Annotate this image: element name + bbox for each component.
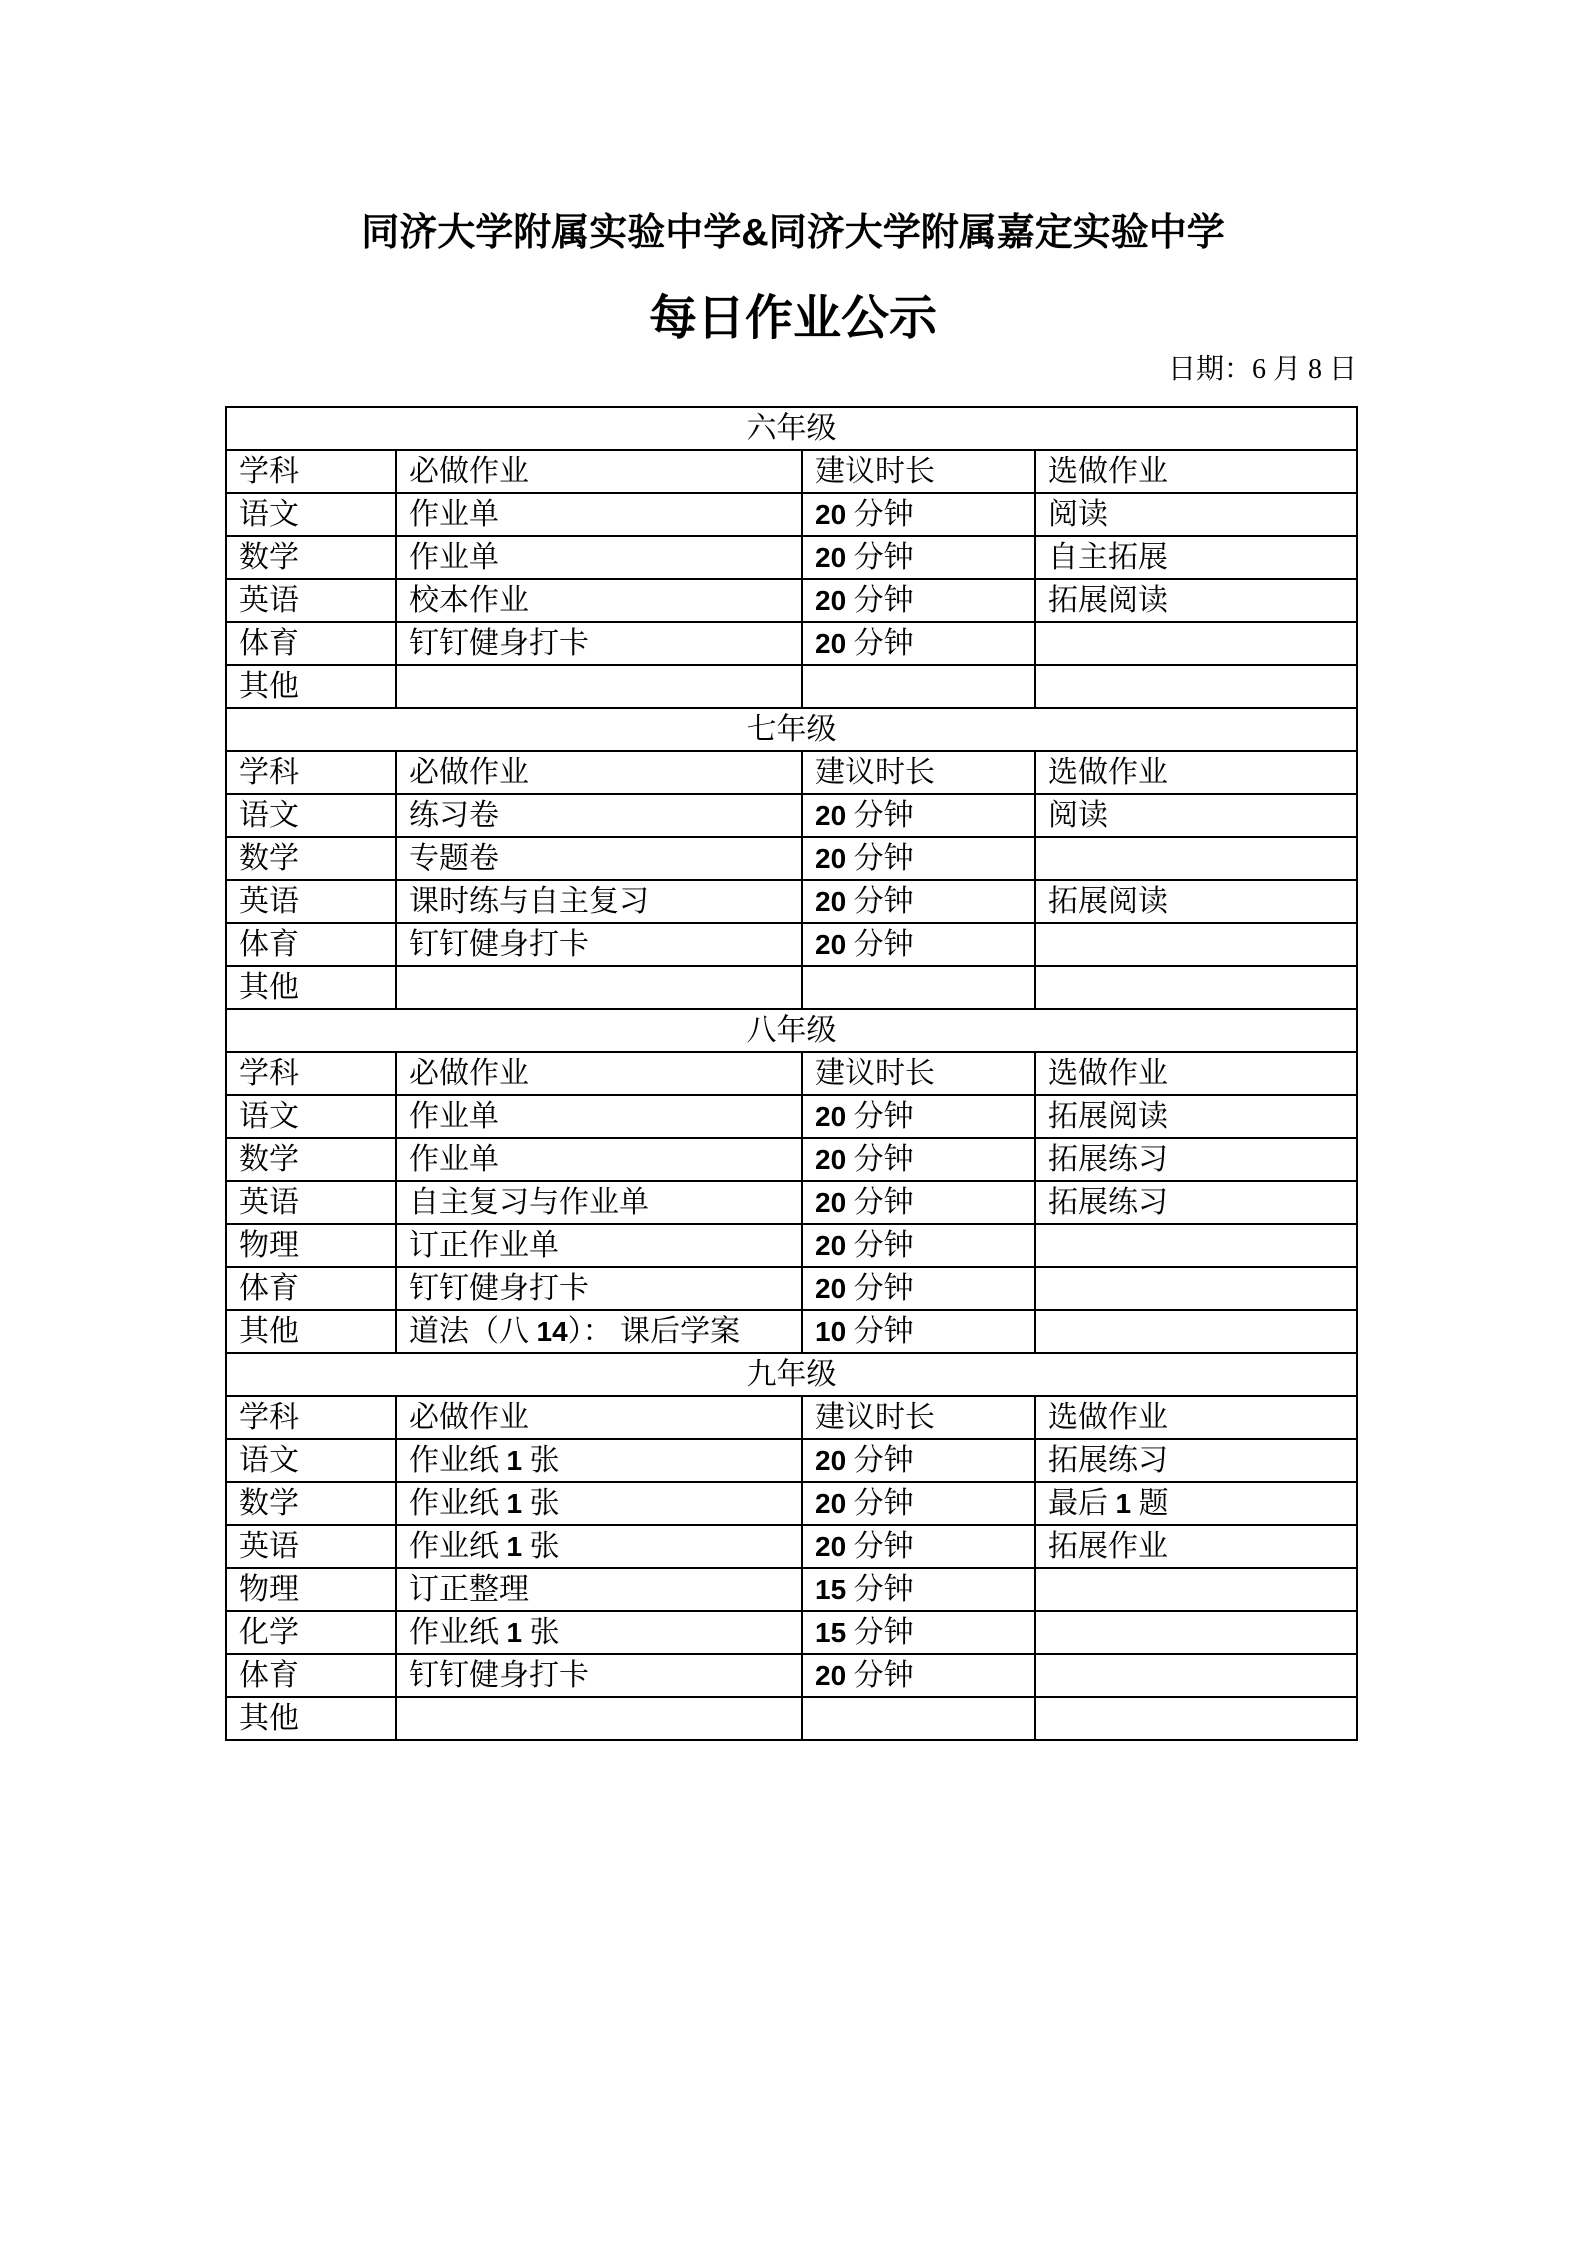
column-header: 建议时长 bbox=[802, 1052, 1035, 1095]
homework-row: 语文作业单20 分钟拓展阅读 bbox=[226, 1095, 1357, 1138]
subject-cell: 语文 bbox=[226, 493, 396, 536]
numeric-text: 15 bbox=[815, 1617, 846, 1648]
column-header: 选做作业 bbox=[1035, 450, 1357, 493]
numeric-text: 20 bbox=[815, 1531, 846, 1562]
optional-cell: 拓展阅读 bbox=[1035, 579, 1357, 622]
duration-cell: 20 分钟 bbox=[802, 1654, 1035, 1697]
numeric-text: 20 bbox=[815, 1187, 846, 1218]
numeric-text: 20 bbox=[815, 542, 846, 573]
duration-cell: 20 分钟 bbox=[802, 1482, 1035, 1525]
numeric-text: 20 bbox=[815, 1660, 846, 1691]
optional-cell bbox=[1035, 1654, 1357, 1697]
duration-cell: 20 分钟 bbox=[802, 536, 1035, 579]
subject-cell: 其他 bbox=[226, 1310, 396, 1353]
numeric-text: 20 bbox=[815, 499, 846, 530]
optional-cell: 拓展阅读 bbox=[1035, 880, 1357, 923]
duration-cell: 10 分钟 bbox=[802, 1310, 1035, 1353]
optional-cell bbox=[1035, 923, 1357, 966]
homework-row: 体育钉钉健身打卡20 分钟 bbox=[226, 1654, 1357, 1697]
subject-cell: 物理 bbox=[226, 1224, 396, 1267]
grade-banner: 九年级 bbox=[226, 1353, 1357, 1396]
duration-cell: 20 分钟 bbox=[802, 579, 1035, 622]
duration-cell: 20 分钟 bbox=[802, 622, 1035, 665]
required-cell: 专题卷 bbox=[396, 837, 802, 880]
numeric-text: 10 bbox=[815, 1316, 846, 1347]
numeric-text: 20 bbox=[815, 1144, 846, 1175]
document-subtitle: 每日作业公示 bbox=[0, 289, 1586, 349]
homework-row: 英语作业纸 1 张20 分钟拓展作业 bbox=[226, 1525, 1357, 1568]
column-header: 必做作业 bbox=[396, 751, 802, 794]
subject-cell: 英语 bbox=[226, 579, 396, 622]
numeric-text: 20 bbox=[815, 585, 846, 616]
required-cell: 作业纸 1 张 bbox=[396, 1482, 802, 1525]
column-header-row: 学科必做作业建议时长选做作业 bbox=[226, 1396, 1357, 1439]
column-header: 必做作业 bbox=[396, 1052, 802, 1095]
homework-row: 化学作业纸 1 张15 分钟 bbox=[226, 1611, 1357, 1654]
column-header: 选做作业 bbox=[1035, 751, 1357, 794]
homework-row: 体育钉钉健身打卡20 分钟 bbox=[226, 1267, 1357, 1310]
homework-table-body: 六年级学科必做作业建议时长选做作业语文作业单20 分钟阅读数学作业单20 分钟自… bbox=[226, 407, 1357, 1740]
duration-cell: 20 分钟 bbox=[802, 1525, 1035, 1568]
document-page: 同济大学附属实验中学&同济大学附属嘉定实验中学 每日作业公示 日期：6 月 8 … bbox=[0, 0, 1586, 2245]
duration-cell: 20 分钟 bbox=[802, 1095, 1035, 1138]
numeric-text: 1 bbox=[507, 1531, 523, 1562]
homework-row: 数学作业纸 1 张20 分钟最后 1 题 bbox=[226, 1482, 1357, 1525]
optional-cell bbox=[1035, 837, 1357, 880]
subject-cell: 其他 bbox=[226, 966, 396, 1009]
numeric-text: 20 bbox=[815, 1488, 846, 1519]
duration-cell: 20 分钟 bbox=[802, 923, 1035, 966]
required-cell: 道法（八 14）： 课后学案 bbox=[396, 1310, 802, 1353]
grade-banner: 六年级 bbox=[226, 407, 1357, 450]
duration-cell: 20 分钟 bbox=[802, 837, 1035, 880]
numeric-text: 1 bbox=[507, 1445, 523, 1476]
homework-table: 六年级学科必做作业建议时长选做作业语文作业单20 分钟阅读数学作业单20 分钟自… bbox=[225, 406, 1358, 1741]
required-cell bbox=[396, 665, 802, 708]
optional-cell: 拓展练习 bbox=[1035, 1439, 1357, 1482]
required-cell: 作业单 bbox=[396, 1138, 802, 1181]
subject-cell: 体育 bbox=[226, 923, 396, 966]
required-cell: 钉钉健身打卡 bbox=[396, 1654, 802, 1697]
subject-cell: 英语 bbox=[226, 880, 396, 923]
optional-cell bbox=[1035, 622, 1357, 665]
required-cell: 钉钉健身打卡 bbox=[396, 1267, 802, 1310]
optional-cell bbox=[1035, 1568, 1357, 1611]
required-cell: 作业单 bbox=[396, 1095, 802, 1138]
grade-banner-row: 九年级 bbox=[226, 1353, 1357, 1396]
homework-row: 语文作业纸 1 张20 分钟拓展练习 bbox=[226, 1439, 1357, 1482]
homework-row: 体育钉钉健身打卡20 分钟 bbox=[226, 622, 1357, 665]
duration-cell bbox=[802, 966, 1035, 1009]
subject-cell: 语文 bbox=[226, 1439, 396, 1482]
numeric-text: 20 bbox=[815, 628, 846, 659]
required-cell: 练习卷 bbox=[396, 794, 802, 837]
required-cell: 课时练与自主复习 bbox=[396, 880, 802, 923]
required-cell bbox=[396, 1697, 802, 1740]
grade-banner-row: 七年级 bbox=[226, 708, 1357, 751]
grade-banner-row: 六年级 bbox=[226, 407, 1357, 450]
subject-cell: 体育 bbox=[226, 1267, 396, 1310]
optional-cell: 阅读 bbox=[1035, 794, 1357, 837]
homework-row: 数学作业单20 分钟自主拓展 bbox=[226, 536, 1357, 579]
subject-cell: 体育 bbox=[226, 622, 396, 665]
required-cell: 校本作业 bbox=[396, 579, 802, 622]
required-cell: 作业纸 1 张 bbox=[396, 1525, 802, 1568]
numeric-text: 1 bbox=[507, 1488, 523, 1519]
numeric-text: 14 bbox=[537, 1316, 568, 1347]
numeric-text: 20 bbox=[815, 1445, 846, 1476]
optional-cell: 自主拓展 bbox=[1035, 536, 1357, 579]
subject-cell: 数学 bbox=[226, 536, 396, 579]
column-header: 选做作业 bbox=[1035, 1396, 1357, 1439]
subject-cell: 其他 bbox=[226, 665, 396, 708]
required-cell: 作业纸 1 张 bbox=[396, 1611, 802, 1654]
column-header-row: 学科必做作业建议时长选做作业 bbox=[226, 450, 1357, 493]
duration-cell: 20 分钟 bbox=[802, 493, 1035, 536]
duration-cell bbox=[802, 1697, 1035, 1740]
optional-cell: 拓展阅读 bbox=[1035, 1095, 1357, 1138]
homework-row: 语文练习卷20 分钟阅读 bbox=[226, 794, 1357, 837]
column-header: 建议时长 bbox=[802, 1396, 1035, 1439]
subject-cell: 语文 bbox=[226, 794, 396, 837]
numeric-text: 20 bbox=[815, 1273, 846, 1304]
optional-cell bbox=[1035, 1697, 1357, 1740]
homework-row: 其他 bbox=[226, 665, 1357, 708]
optional-cell: 阅读 bbox=[1035, 493, 1357, 536]
optional-cell bbox=[1035, 1267, 1357, 1310]
optional-cell bbox=[1035, 665, 1357, 708]
duration-cell: 20 分钟 bbox=[802, 1224, 1035, 1267]
numeric-text: 15 bbox=[815, 1574, 846, 1605]
numeric-text: 20 bbox=[815, 886, 846, 917]
column-header: 学科 bbox=[226, 1396, 396, 1439]
optional-cell bbox=[1035, 1310, 1357, 1353]
column-header: 选做作业 bbox=[1035, 1052, 1357, 1095]
homework-row: 数学专题卷20 分钟 bbox=[226, 837, 1357, 880]
homework-row: 其他 bbox=[226, 966, 1357, 1009]
subject-cell: 数学 bbox=[226, 1482, 396, 1525]
grade-banner: 八年级 bbox=[226, 1009, 1357, 1052]
optional-cell: 拓展练习 bbox=[1035, 1181, 1357, 1224]
homework-row: 其他 bbox=[226, 1697, 1357, 1740]
subject-cell: 英语 bbox=[226, 1525, 396, 1568]
homework-row: 英语校本作业20 分钟拓展阅读 bbox=[226, 579, 1357, 622]
subject-cell: 语文 bbox=[226, 1095, 396, 1138]
homework-row: 英语课时练与自主复习20 分钟拓展阅读 bbox=[226, 880, 1357, 923]
homework-row: 物理订正作业单20 分钟 bbox=[226, 1224, 1357, 1267]
optional-cell bbox=[1035, 1611, 1357, 1654]
required-cell: 钉钉健身打卡 bbox=[396, 923, 802, 966]
optional-cell: 拓展作业 bbox=[1035, 1525, 1357, 1568]
numeric-text: 20 bbox=[815, 800, 846, 831]
required-cell: 自主复习与作业单 bbox=[396, 1181, 802, 1224]
required-cell: 钉钉健身打卡 bbox=[396, 622, 802, 665]
subject-cell: 其他 bbox=[226, 1697, 396, 1740]
subject-cell: 物理 bbox=[226, 1568, 396, 1611]
numeric-text: 1 bbox=[1116, 1488, 1132, 1519]
subject-cell: 体育 bbox=[226, 1654, 396, 1697]
subject-cell: 数学 bbox=[226, 837, 396, 880]
column-header: 学科 bbox=[226, 751, 396, 794]
subject-cell: 英语 bbox=[226, 1181, 396, 1224]
optional-cell: 最后 1 题 bbox=[1035, 1482, 1357, 1525]
column-header: 必做作业 bbox=[396, 1396, 802, 1439]
grade-banner: 七年级 bbox=[226, 708, 1357, 751]
homework-row: 语文作业单20 分钟阅读 bbox=[226, 493, 1357, 536]
duration-cell: 20 分钟 bbox=[802, 1181, 1035, 1224]
required-cell: 作业单 bbox=[396, 493, 802, 536]
required-cell: 作业单 bbox=[396, 536, 802, 579]
required-cell: 订正整理 bbox=[396, 1568, 802, 1611]
homework-row: 数学作业单20 分钟拓展练习 bbox=[226, 1138, 1357, 1181]
homework-row: 物理订正整理15 分钟 bbox=[226, 1568, 1357, 1611]
numeric-text: 20 bbox=[815, 1230, 846, 1261]
homework-row: 英语自主复习与作业单20 分钟拓展练习 bbox=[226, 1181, 1357, 1224]
column-header: 必做作业 bbox=[396, 450, 802, 493]
optional-cell bbox=[1035, 1224, 1357, 1267]
column-header: 学科 bbox=[226, 450, 396, 493]
duration-cell: 20 分钟 bbox=[802, 1439, 1035, 1482]
optional-cell bbox=[1035, 966, 1357, 1009]
column-header-row: 学科必做作业建议时长选做作业 bbox=[226, 751, 1357, 794]
subject-cell: 化学 bbox=[226, 1611, 396, 1654]
column-header: 学科 bbox=[226, 1052, 396, 1095]
duration-cell: 20 分钟 bbox=[802, 1267, 1035, 1310]
column-header: 建议时长 bbox=[802, 450, 1035, 493]
duration-cell: 20 分钟 bbox=[802, 794, 1035, 837]
column-header: 建议时长 bbox=[802, 751, 1035, 794]
duration-cell: 15 分钟 bbox=[802, 1568, 1035, 1611]
subject-cell: 数学 bbox=[226, 1138, 396, 1181]
duration-cell: 15 分钟 bbox=[802, 1611, 1035, 1654]
homework-row: 体育钉钉健身打卡20 分钟 bbox=[226, 923, 1357, 966]
required-cell: 订正作业单 bbox=[396, 1224, 802, 1267]
column-header-row: 学科必做作业建议时长选做作业 bbox=[226, 1052, 1357, 1095]
grade-banner-row: 八年级 bbox=[226, 1009, 1357, 1052]
required-cell: 作业纸 1 张 bbox=[396, 1439, 802, 1482]
numeric-text: 20 bbox=[815, 843, 846, 874]
homework-row: 其他道法（八 14）： 课后学案10 分钟 bbox=[226, 1310, 1357, 1353]
duration-cell: 20 分钟 bbox=[802, 880, 1035, 923]
duration-cell: 20 分钟 bbox=[802, 1138, 1035, 1181]
duration-cell bbox=[802, 665, 1035, 708]
numeric-text: 20 bbox=[815, 1101, 846, 1132]
numeric-text: 20 bbox=[815, 929, 846, 960]
document-title: 同济大学附属实验中学&同济大学附属嘉定实验中学 bbox=[0, 211, 1586, 255]
optional-cell: 拓展练习 bbox=[1035, 1138, 1357, 1181]
numeric-text: 1 bbox=[507, 1617, 523, 1648]
required-cell bbox=[396, 966, 802, 1009]
date-line: 日期：6 月 8 日 bbox=[1168, 353, 1357, 387]
